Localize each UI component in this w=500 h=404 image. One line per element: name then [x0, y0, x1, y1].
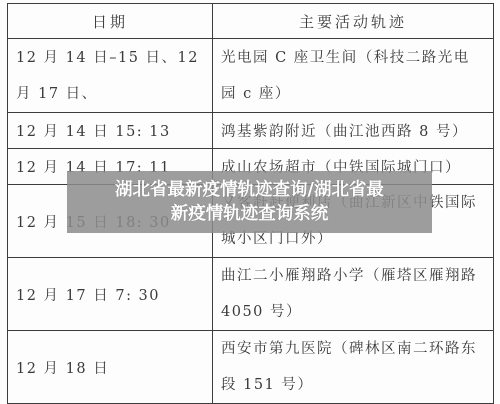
- header-location: 主要活动轨迹: [213, 4, 494, 39]
- location-cell: 鸿基紫韵附近（曲江池西路 8 号）: [213, 113, 494, 149]
- header-date: 日期: [8, 4, 213, 39]
- date-cell: 12 月 18 日: [8, 331, 213, 404]
- date-cell: 12 月 14 日 15: 13: [8, 113, 213, 149]
- location-cell: 光电园 C 座卫生间（科技二路光电园 c 座）: [213, 39, 494, 113]
- location-cell: 西安市第九医院（碑林区南二环路东段 151 号）: [213, 331, 494, 404]
- table-header-row: 日期 主要活动轨迹: [8, 4, 494, 39]
- date-cell: 12 月 17 日 7: 30: [8, 258, 213, 331]
- title-overlay: 湖北省最新疫情轨迹查询/湖北省最 新疫情轨迹查询系统: [67, 171, 432, 233]
- table-row: 12 月 17 日 7: 30 曲江二小雁翔路小学（雁塔区雁翔路 4050 号）: [8, 258, 494, 331]
- overlay-title-line1: 湖北省最新疫情轨迹查询/湖北省最: [115, 178, 384, 202]
- overlay-title-line2: 新疫情轨迹查询系统: [171, 202, 329, 226]
- document-image: 日期 主要活动轨迹 12 月 14 日–15 日、12 月 17 日、 光电园 …: [0, 0, 500, 404]
- table-row: 12 月 14 日–15 日、12 月 17 日、 光电园 C 座卫生间（科技二…: [8, 39, 494, 113]
- date-cell: 12 月 14 日–15 日、12 月 17 日、: [8, 39, 213, 113]
- table-row: 12 月 14 日 15: 13 鸿基紫韵附近（曲江池西路 8 号）: [8, 113, 494, 149]
- location-cell: 曲江二小雁翔路小学（雁塔区雁翔路 4050 号）: [213, 258, 494, 331]
- table-row: 12 月 18 日 西安市第九医院（碑林区南二环路东段 151 号）: [8, 331, 494, 404]
